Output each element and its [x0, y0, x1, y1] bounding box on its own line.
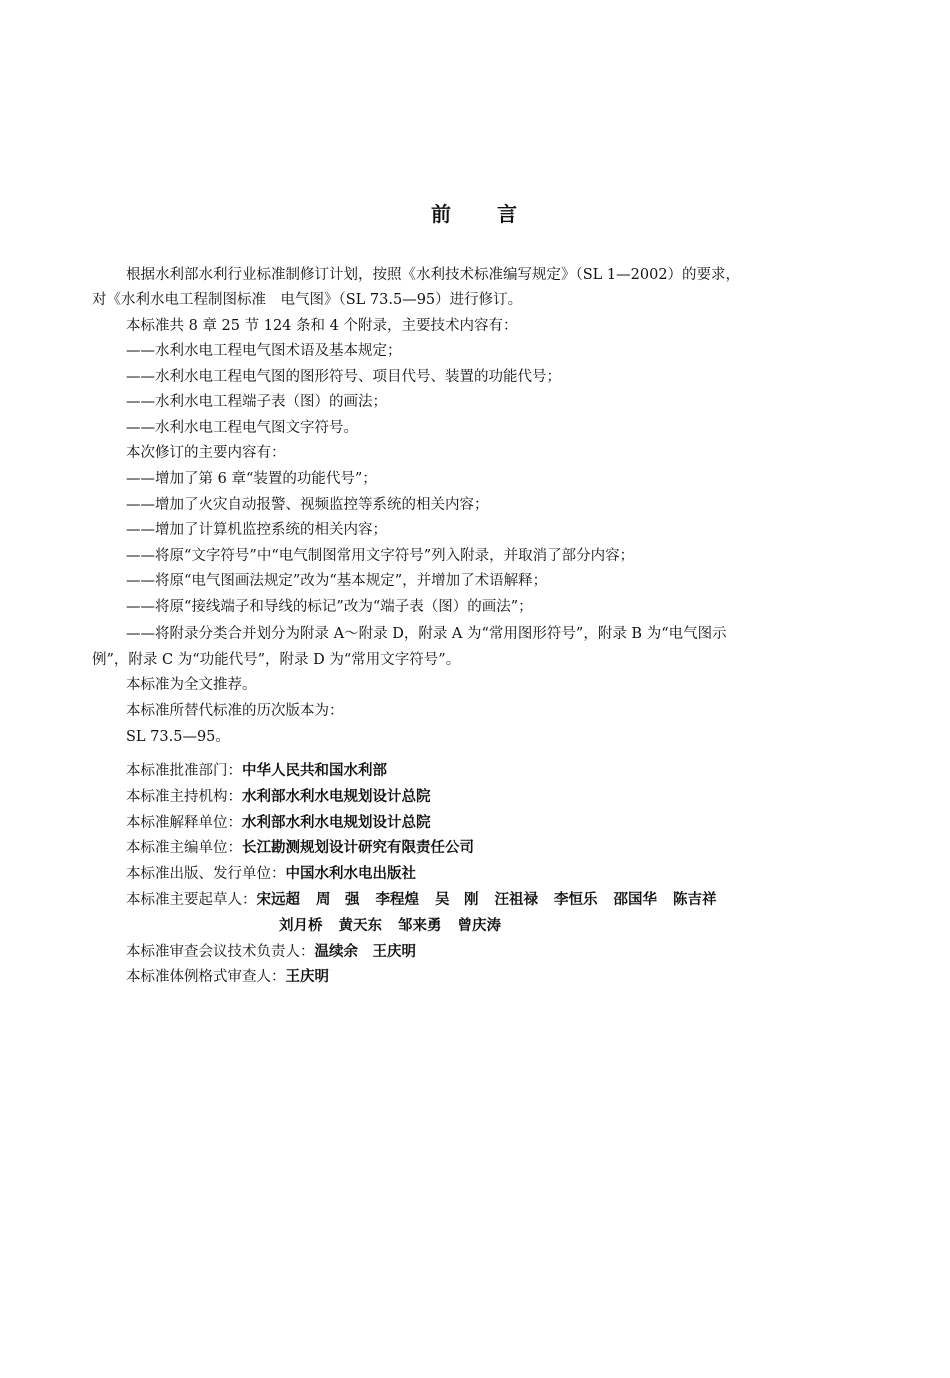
content-item: ——水利水电工程端子表（图）的画法； — [126, 392, 387, 412]
drafter-name: 邹来勇 — [398, 916, 442, 936]
drafter-name: 李恒乐 — [554, 890, 598, 910]
credit-interpret: 本标准解释单位：水利部水利水电规划设计总院 — [126, 813, 431, 833]
credit-value: 王庆明 — [286, 969, 330, 985]
credit-editor: 本标准主编单位：长江勘测规划设计研究有限责任公司 — [126, 838, 474, 858]
credit-label: 本标准审查会议技术负责人： — [126, 944, 315, 960]
paragraph-history-value: SL 73.5—95。 — [126, 727, 230, 747]
credit-value: 长江勘测规划设计研究有限责任公司 — [242, 840, 474, 856]
content-item: ——水利水电工程电气图的图形符号、项目代号、装置的功能代号； — [126, 367, 561, 387]
revision-item: ——将原“接线端子和导线的标记”改为“端子表（图）的画法”； — [126, 597, 533, 617]
credit-value: 水利部水利水电规划设计总院 — [242, 815, 431, 831]
revision-item-last-line2: 例”，附录 C 为“功能代号”，附录 D 为“常用文字符号”。 — [92, 650, 460, 670]
drafter-name: 曾庆涛 — [458, 916, 502, 936]
credit-label: 本标准主编单位： — [126, 840, 242, 856]
drafter-name: 周 强 — [316, 890, 360, 910]
credit-label: 本标准主持机构： — [126, 789, 242, 805]
paragraph-revision-heading: 本次修订的主要内容有： — [126, 443, 286, 463]
drafter-name: 吴 刚 — [435, 890, 479, 910]
paragraph-intro-line1: 根据水利部水利行业标准制修订计划，按照《水利技术标准编写规定》（SL 1—200… — [126, 265, 740, 285]
drafter-name: 李程煌 — [376, 890, 420, 910]
paragraph-intro-line2: 对《水利水电工程制图标准 电气图》（SL 73.5—95）进行修订。 — [92, 290, 522, 310]
credit-value: 中华人民共和国水利部 — [242, 763, 387, 779]
credit-format: 本标准体例格式审查人：王庆明 — [126, 967, 329, 987]
title-char: 前 — [431, 198, 453, 227]
drafter-name: 汪祖禄 — [495, 890, 539, 910]
title-char: 言 — [497, 198, 519, 227]
drafter-name: 刘月桥 — [279, 916, 323, 936]
drafter-name: 黄天东 — [339, 916, 383, 936]
paragraph-scope: 本标准共 8 章 25 节 124 条和 4 个附录，主要技术内容有： — [126, 316, 517, 336]
credit-label: 本标准主要起草人： — [126, 892, 257, 908]
revision-item-last-line1: ——将附录分类合并划分为附录 A～附录 D，附录 A 为“常用图形符号”，附录 … — [126, 624, 727, 644]
page-title: 前言 — [0, 198, 950, 227]
revision-item: ——增加了火灾自动报警、视频监控等系统的相关内容； — [126, 495, 489, 515]
paragraph-history-heading: 本标准所替代标准的历次版本为： — [126, 701, 344, 721]
drafter-name: 邵国华 — [614, 890, 658, 910]
drafter-name: 宋远超 — [257, 890, 301, 910]
credit-review: 本标准审查会议技术负责人：温续余 王庆明 — [126, 942, 416, 962]
credit-label: 本标准解释单位： — [126, 815, 242, 831]
credit-label: 本标准出版、发行单位： — [126, 866, 286, 882]
revision-item: ——将原“文字符号”中“电气制图常用文字符号”列入附录，并取消了部分内容； — [126, 546, 634, 566]
revision-item: ——增加了计算机监控系统的相关内容； — [126, 520, 387, 540]
drafter-name: 陈吉祥 — [673, 890, 717, 910]
revision-item: ——将原“电气图画法规定”改为“基本规定”，并增加了术语解释； — [126, 571, 547, 591]
credit-value: 温续余 王庆明 — [315, 944, 417, 960]
credit-label: 本标准体例格式审查人： — [126, 969, 286, 985]
credit-drafters: 本标准主要起草人：宋远超周 强李程煌吴 刚汪祖禄李恒乐邵国华陈吉祥 — [126, 890, 733, 910]
paragraph-recommendation: 本标准为全文推荐。 — [126, 675, 257, 695]
credit-value: 水利部水利水电规划设计总院 — [242, 789, 431, 805]
content-item: ——水利水电工程电气图术语及基本规定； — [126, 341, 402, 361]
credit-label: 本标准批准部门： — [126, 763, 242, 779]
credit-value: 中国水利水电出版社 — [286, 866, 417, 882]
credit-publisher: 本标准出版、发行单位：中国水利水电出版社 — [126, 864, 416, 884]
credit-approval: 本标准批准部门：中华人民共和国水利部 — [126, 761, 387, 781]
content-item: ——水利水电工程电气图文字符号。 — [126, 418, 358, 438]
revision-item: ——增加了第 6 章“装置的功能代号”； — [126, 469, 377, 489]
credit-drafters-row2: 刘月桥黄天东邹来勇曾庆涛 — [279, 916, 517, 936]
credit-host: 本标准主持机构：水利部水利水电规划设计总院 — [126, 787, 431, 807]
